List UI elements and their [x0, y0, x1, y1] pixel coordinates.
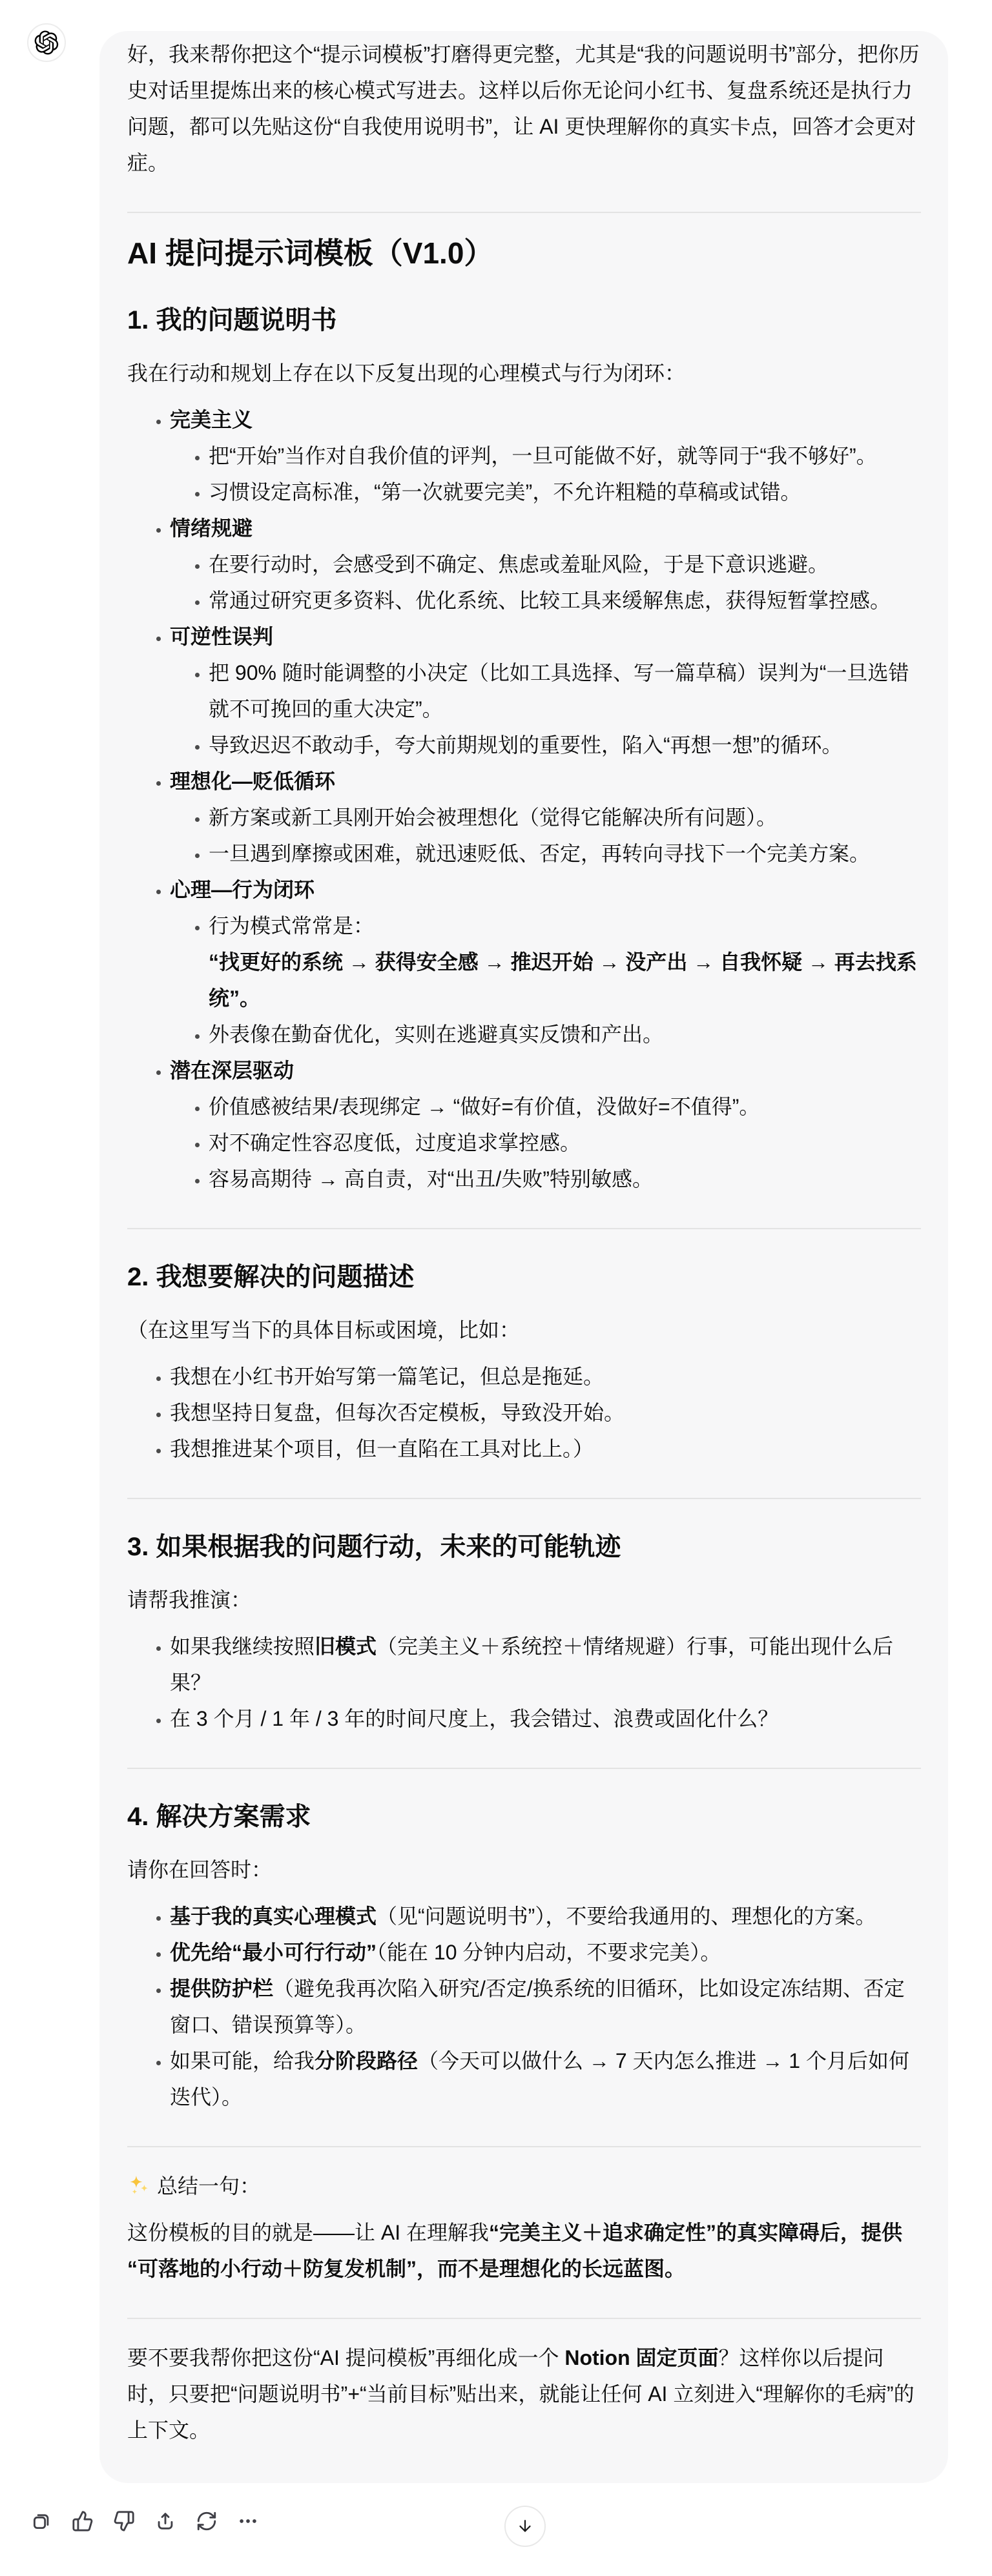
text-run: （能在 10 分钟内启动，不要求完美）。	[377, 1941, 721, 1964]
assistant-message-bubble: 好，我来帮你把这个“提示词模板”打磨得更完整，尤其是“我的问题说明书”部分，把你…	[99, 31, 948, 2483]
text-run: 我在行动和规划上存在以下反复出现的心理模式与行为闭环：	[127, 362, 685, 385]
share-icon	[154, 2510, 176, 2532]
sub-list-item: 价值感被结果/表现绑定 → “做好=有价值，没做好=不值得”。	[209, 1089, 921, 1125]
sub-list: 新方案或新工具刚开始会被理想化（觉得它能解决所有问题）。一旦遇到摩擦或困难，就迅…	[170, 799, 921, 872]
list-item: 可逆性误判把 90% 随时能调整的小决定（比如工具选择、写一篇草稿）误判为“一旦…	[170, 618, 921, 763]
paragraph: （在这里写当下的具体目标或困境，比如：	[127, 1312, 921, 1348]
message-action-bar	[29, 2509, 260, 2533]
text-run: 价值感被结果/表现绑定 → “做好=有价值，没做好=不值得”。	[209, 1095, 759, 1118]
sub-list-item: 常通过研究更多资料、优化系统、比较工具来缓解焦虑，获得短暂掌控感。	[209, 582, 921, 618]
sub-list: 价值感被结果/表现绑定 → “做好=有价值，没做好=不值得”。对不确定性容忍度低…	[170, 1089, 921, 1197]
divider	[127, 212, 921, 213]
list-item: 如果可能，给我分阶段路径（今天可以做什么 → 7 天内怎么推进 → 1 个月后如…	[170, 2043, 921, 2115]
divider	[127, 1498, 921, 1499]
sub-list-item: 容易高期待 → 高自责，对“出丑/失败”特别敏感。	[209, 1161, 921, 1197]
divider	[127, 1768, 921, 1769]
section-heading: 3. 如果根据我的问题行动，未来的可能轨迹	[127, 1530, 921, 1564]
paragraph: 好，我来帮你把这个“提示词模板”打磨得更完整，尤其是“我的问题说明书”部分，把你…	[127, 36, 921, 181]
text-run: 把“开始”当作对自我价值的评判，一旦可能做不好，就等同于“我不够好”。	[209, 444, 877, 467]
section-heading: 4. 解决方案需求	[127, 1800, 921, 1834]
arrow-down-icon	[515, 2517, 535, 2536]
text-run: 如果可能，给我	[170, 2049, 315, 2072]
bullet-list: 我想在小红书开始写第一篇笔记，但总是拖延。我想坚持日复盘，但每次否定模板，导致没…	[127, 1358, 921, 1467]
share-button[interactable]	[153, 2509, 178, 2533]
text-run: 在要行动时，会感受到不确定、焦虑或羞耻风险，于是下意识逃避。	[209, 553, 829, 576]
text-run: 习惯设定高标准，“第一次就要完美”，不允许粗糙的草稿或试错。	[209, 480, 801, 504]
more-icon	[237, 2510, 259, 2532]
text-run: 对不确定性容忍度低，过度追求掌控感。	[209, 1131, 581, 1154]
bold-text: 基于我的真实心理模式	[170, 1905, 377, 1928]
list-item: 情绪规避在要行动时，会感受到不确定、焦虑或羞耻风险，于是下意识逃避。常通过研究更…	[170, 510, 921, 618]
thumbs-up-button[interactable]	[70, 2509, 95, 2533]
list-item: 在 3 个月 / 1 年 / 3 年的时间尺度上，我会错过、浪费或固化什么？	[170, 1701, 921, 1737]
bold-text: 心理—行为闭环	[170, 878, 315, 901]
sub-list-item: 导致迟迟不敢动手，夸大前期规划的重要性，陷入“再想一想”的循环。	[209, 727, 921, 763]
sub-list-item: 新方案或新工具刚开始会被理想化（觉得它能解决所有问题）。	[209, 799, 921, 835]
regenerate-button[interactable]	[194, 2509, 219, 2533]
text-run: 新方案或新工具刚开始会被理想化（觉得它能解决所有问题）。	[209, 806, 777, 829]
thumbs-down-button[interactable]	[112, 2509, 136, 2533]
text-run: 行为模式常常是：	[209, 914, 374, 937]
text-run: 我想在小红书开始写第一篇笔记，但总是拖延。	[170, 1365, 604, 1388]
divider	[127, 1228, 921, 1229]
divider	[127, 2146, 921, 2147]
text-run: 请帮我推演：	[127, 1588, 251, 1611]
sub-list-item: 把 90% 随时能调整的小决定（比如工具选择、写一篇草稿）误判为“一旦选错就不可…	[209, 655, 921, 727]
copy-button[interactable]	[29, 2509, 54, 2533]
list-item: 完美主义把“开始”当作对自我价值的评判，一旦可能做不好，就等同于“我不够好”。习…	[170, 402, 921, 510]
text-run: 常通过研究更多资料、优化系统、比较工具来缓解焦虑，获得短暂掌控感。	[209, 589, 891, 612]
regenerate-icon	[196, 2510, 218, 2532]
thumbs-down-icon	[113, 2510, 135, 2532]
sparkles-icon	[127, 2174, 150, 2197]
text-run: 容易高期待 → 高自责，对“出丑/失败”特别敏感。	[209, 1167, 653, 1191]
paragraph: 请你在回答时：	[127, 1852, 921, 1888]
bold-text: 提供防护栏	[170, 1977, 273, 2000]
scroll-to-bottom-button[interactable]	[504, 2506, 546, 2547]
section-heading: 2. 我想要解决的问题描述	[127, 1260, 921, 1294]
text-run: （避免我再次陷入研究/否定/换系统的旧循环，比如设定冻结期、否定窗口、错误预算等…	[170, 1977, 905, 2036]
thumbs-up-icon	[72, 2510, 94, 2532]
text-run: （见“问题说明书”），不要给我通用的、理想化的方案。	[377, 1905, 876, 1928]
text-run: 好，我来帮你把这个“提示词模板”打磨得更完整，尤其是“我的问题说明书”部分，把你…	[127, 43, 920, 174]
bold-text: 分阶段路径	[315, 2049, 418, 2072]
bold-text: 可逆性误判	[170, 625, 273, 648]
bold-text: 理想化—贬低循环	[170, 770, 335, 793]
text-run: 我想推进某个项目，但一直陷在工具对比上。）	[170, 1437, 594, 1460]
list-item: 理想化—贬低循环新方案或新工具刚开始会被理想化（觉得它能解决所有问题）。一旦遇到…	[170, 763, 921, 872]
sub-list-item: 习惯设定高标准，“第一次就要完美”，不允许粗糙的草稿或试错。	[209, 474, 921, 510]
text-run: 请你在回答时：	[127, 1858, 272, 1881]
sub-list: 把“开始”当作对自我价值的评判，一旦可能做不好，就等同于“我不够好”。习惯设定高…	[170, 438, 921, 510]
sub-list-item: 外表像在勤奋优化，实则在逃避真实反馈和产出。	[209, 1016, 921, 1052]
sub-list: 把 90% 随时能调整的小决定（比如工具选择、写一篇草稿）误判为“一旦选错就不可…	[170, 655, 921, 763]
message-content: 好，我来帮你把这个“提示词模板”打磨得更完整，尤其是“我的问题说明书”部分，把你…	[127, 36, 921, 2448]
sub-list-item: 在要行动时，会感受到不确定、焦虑或羞耻风险，于是下意识逃避。	[209, 546, 921, 582]
text-run: 一旦遇到摩擦或困难，就迅速贬低、否定，再转向寻找下一个完美方案。	[209, 842, 870, 865]
text-run: 在 3 个月 / 1 年 / 3 年的时间尺度上，我会错过、浪费或固化什么？	[170, 1707, 778, 1730]
text-run: 外表像在勤奋优化，实则在逃避真实反馈和产出。	[209, 1023, 663, 1046]
text-run: 要不要我帮你把这份“AI 提问模板”再细化成一个	[127, 2346, 564, 2369]
paragraph: 总结一句：	[127, 2168, 921, 2204]
section-heading: 1. 我的问题说明书	[127, 303, 921, 337]
text-run: 总结一句：	[157, 2174, 260, 2198]
sub-list-item: 把“开始”当作对自我价值的评判，一旦可能做不好，就等同于“我不够好”。	[209, 438, 921, 474]
bold-text: “找更好的系统 → 获得安全感 → 推迟开始 → 没产出 → 自我怀疑 → 再去…	[209, 950, 917, 1010]
bold-text: 优先给“最小可行行动”	[170, 1941, 377, 1964]
list-item: 提供防护栏（避免我再次陷入研究/否定/换系统的旧循环，比如设定冻结期、否定窗口、…	[170, 1970, 921, 2043]
sub-list: 行为模式常常是：“找更好的系统 → 获得安全感 → 推迟开始 → 没产出 → 自…	[170, 908, 921, 1052]
paragraph: 我在行动和规划上存在以下反复出现的心理模式与行为闭环：	[127, 355, 921, 391]
list-item: 我想推进某个项目，但一直陷在工具对比上。）	[170, 1431, 921, 1467]
list-item: 优先给“最小可行行动”（能在 10 分钟内启动，不要求完美）。	[170, 1934, 921, 1970]
list-item: 我想在小红书开始写第一篇笔记，但总是拖延。	[170, 1358, 921, 1395]
text-run: 这份模板的目的就是——让 AI 在理解我	[127, 2221, 489, 2244]
bullet-list: 如果我继续按照旧模式（完美主义＋系统控＋情绪规避）行事，可能出现什么后果？在 3…	[127, 1628, 921, 1737]
message-title: AI 提问提示词模板（V1.0）	[127, 234, 921, 272]
bold-text: Notion 固定页面	[564, 2346, 718, 2369]
bold-text: 情绪规避	[170, 516, 253, 540]
list-item: 如果我继续按照旧模式（完美主义＋系统控＋情绪规避）行事，可能出现什么后果？	[170, 1628, 921, 1701]
divider	[127, 2318, 921, 2319]
sub-list-item: 行为模式常常是：“找更好的系统 → 获得安全感 → 推迟开始 → 没产出 → 自…	[209, 908, 921, 1016]
paragraph: 请帮我推演：	[127, 1582, 921, 1618]
assistant-avatar	[27, 23, 66, 62]
sub-list: 在要行动时，会感受到不确定、焦虑或羞耻风险，于是下意识逃避。常通过研究更多资料、…	[170, 546, 921, 618]
more-button[interactable]	[236, 2509, 260, 2533]
paragraph: 要不要我帮你把这份“AI 提问模板”再细化成一个 Notion 固定页面？这样你…	[127, 2340, 921, 2448]
list-item: 心理—行为闭环行为模式常常是：“找更好的系统 → 获得安全感 → 推迟开始 → …	[170, 872, 921, 1052]
bullet-list: 完美主义把“开始”当作对自我价值的评判，一旦可能做不好，就等同于“我不够好”。习…	[127, 402, 921, 1197]
list-item: 潜在深层驱动价值感被结果/表现绑定 → “做好=有价值，没做好=不值得”。对不确…	[170, 1052, 921, 1197]
text-run: 我想坚持日复盘，但每次否定模板，导致没开始。	[170, 1401, 625, 1424]
bold-text: 完美主义	[170, 408, 253, 431]
openai-logo-icon	[34, 30, 59, 55]
text-run: （在这里写当下的具体目标或困境，比如：	[127, 1318, 520, 1342]
sub-list-item: 对不确定性容忍度低，过度追求掌控感。	[209, 1125, 921, 1161]
list-item: 基于我的真实心理模式（见“问题说明书”），不要给我通用的、理想化的方案。	[170, 1898, 921, 1934]
text-run: 把 90% 随时能调整的小决定（比如工具选择、写一篇草稿）误判为“一旦选错就不可…	[209, 661, 909, 721]
copy-icon	[30, 2510, 52, 2532]
list-item: 我想坚持日复盘，但每次否定模板，导致没开始。	[170, 1395, 921, 1431]
paragraph: 这份模板的目的就是——让 AI 在理解我“完美主义＋追求确定性”的真实障碍后，提…	[127, 2214, 921, 2287]
chat-page: { "colors":{ "bubble_bg":"#f7f7f8", "tex…	[0, 0, 992, 2576]
bullet-list: 基于我的真实心理模式（见“问题说明书”），不要给我通用的、理想化的方案。优先给“…	[127, 1898, 921, 2115]
text-run: 导致迟迟不敢动手，夸大前期规划的重要性，陷入“再想一想”的循环。	[209, 733, 842, 757]
sub-list-item: 一旦遇到摩擦或困难，就迅速贬低、否定，再转向寻找下一个完美方案。	[209, 835, 921, 872]
bold-text: 旧模式	[315, 1635, 377, 1658]
bold-text: 潜在深层驱动	[170, 1059, 294, 1082]
text-run: 如果我继续按照	[170, 1635, 315, 1658]
